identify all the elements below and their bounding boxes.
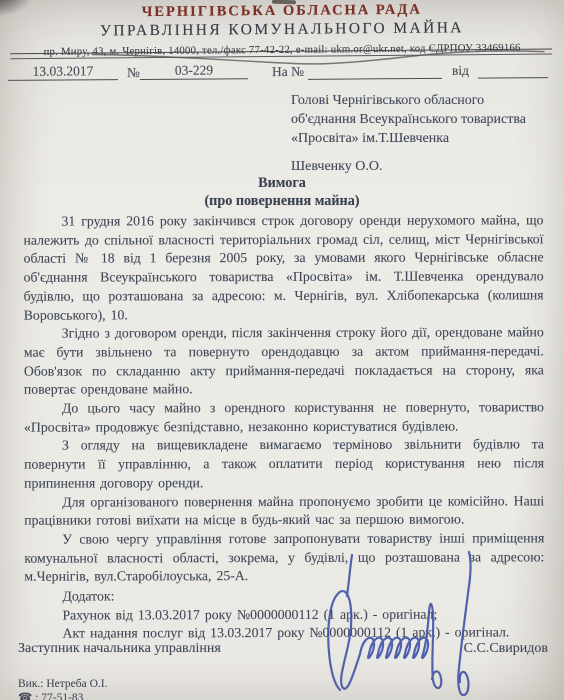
ref-number: 03-229 [140, 62, 248, 80]
reference-row: 13.03.2017 № 03-229 На № від [0, 60, 564, 86]
letterhead: ЧЕРНІГІВСЬКА ОБЛАСНА РАДА УПРАВЛІННЯ КОМ… [0, 0, 564, 58]
body-paragraph: До цього часу майно з орендного користув… [24, 398, 544, 437]
signature-position: Заступник начальника управління [18, 641, 221, 657]
body-paragraph: 31 грудня 2016 року закінчився строк дог… [23, 211, 543, 325]
signature-name: С.С.Свиридов [464, 641, 548, 657]
ref-date: 13.03.2017 [8, 63, 118, 81]
body-paragraph: Згідно з договором оренди, після закінче… [24, 324, 544, 400]
document-title: Вимога [0, 174, 564, 192]
addressee-line: об'єднання Всеукраїнського товариства [291, 110, 551, 129]
letter-body: 31 грудня 2016 року закінчився строк дог… [0, 211, 564, 644]
ref-from-blank [478, 60, 548, 78]
body-paragraph: У свою чергу управління готове запропону… [24, 529, 544, 586]
ref-from-label: від [452, 63, 469, 79]
ref-reply-blank [308, 61, 442, 80]
dept-name: УПРАВЛІННЯ КОМУНАЛЬНОГО МАЙНА [0, 18, 564, 41]
body-paragraph: З огляду на вищевикладене вимагаємо терм… [24, 436, 544, 493]
executor-note: Вик.: Нетреба О.І. ☎ : 77-51-83 [18, 677, 108, 700]
body-paragraph: Для організованого повернення майна проп… [24, 492, 544, 531]
addressee-block: Голові Чернігівського обласного об'єднан… [291, 91, 551, 176]
document-subtitle: (про повернення майна) [0, 192, 564, 210]
executor-phone: ☎ : 77-51-83 [18, 691, 108, 700]
number-sign: № [127, 65, 140, 81]
scanned-letter: ЧЕРНІГІВСЬКА ОБЛАСНА РАДА УПРАВЛІННЯ КОМ… [0, 0, 564, 700]
attachment-label: Додаток: [62, 586, 544, 606]
addressee-line: Голові Чернігівського обласного [291, 91, 551, 110]
attachment-block: Додаток: Рахунок від 13.03.2017 року №00… [62, 586, 544, 643]
addressee-line: «Просвіта» ім.Т.Шевченка [291, 129, 551, 148]
document-title-block: Вимога (про повернення майна) [0, 174, 564, 210]
attachment-item: Рахунок від 13.03.2017 року №0000000112 … [62, 605, 544, 625]
executor-name: Вик.: Нетреба О.І. [18, 677, 108, 691]
ref-reply-label: На № [272, 64, 304, 80]
